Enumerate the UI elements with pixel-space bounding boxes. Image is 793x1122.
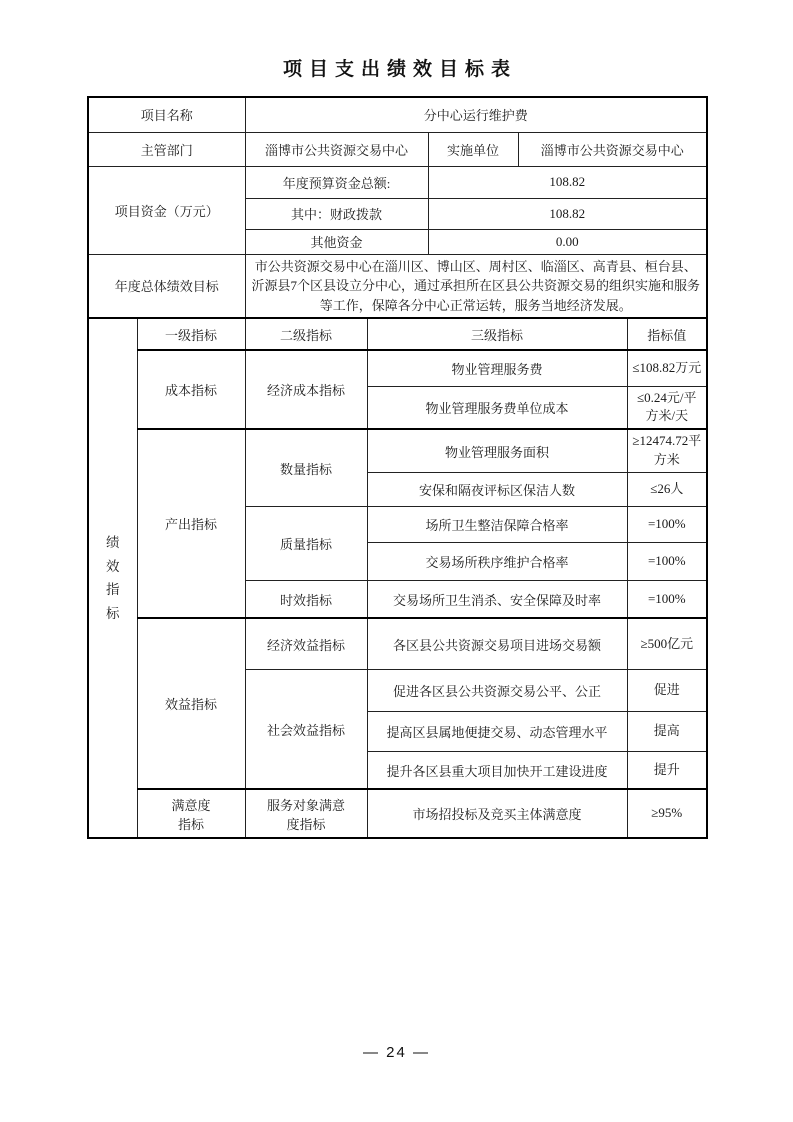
page-number: — 24 — [0, 1044, 793, 1061]
header-level2: 二级指标 [245, 318, 367, 350]
header-level3: 三级指标 [367, 318, 627, 350]
table-row: 项目名称 分中心运行维护费 [88, 97, 707, 132]
table-row: 年度总体绩效目标 市公共资源交易中心在淄川区、博山区、周村区、临淄区、高青县、桓… [88, 254, 707, 318]
funds-other-label: 其他资金 [245, 229, 428, 254]
project-name-value: 分中心运行维护费 [245, 97, 707, 132]
table-row: 满意度 指标 服务对象满意 度指标 市场招投标及竞买主体满意度 ≥95% [88, 789, 707, 838]
level2-economic-benefit-cell: 经济效益指标 [245, 618, 367, 669]
metric-value: =100% [627, 506, 707, 542]
department-value: 淄博市公共资源交易中心 [245, 132, 428, 166]
metric-value: =100% [627, 580, 707, 618]
metric-value: 提高 [627, 711, 707, 751]
metric-name: 物业管理服务费单位成本 [367, 386, 627, 429]
funds-fiscal-label: 其中：财政拨款 [245, 198, 428, 229]
funds-other-value: 0.00 [428, 229, 707, 254]
side-label-text: 绩效指标 [105, 531, 121, 626]
header-level1: 一级指标 [137, 318, 245, 350]
metric-name: 提升各区县重大项目加快开工建设进度 [367, 751, 627, 789]
annual-goal-label: 年度总体绩效目标 [88, 254, 245, 318]
metric-name: 安保和隔夜评标区保洁人数 [367, 472, 627, 506]
metric-value: ≤108.82万元 [627, 350, 707, 386]
level2-quantity-cell: 数量指标 [245, 429, 367, 506]
metric-value: =100% [627, 542, 707, 580]
metric-value: 提升 [627, 751, 707, 789]
metric-name: 市场招投标及竞买主体满意度 [367, 789, 627, 838]
level2-social-benefit-cell: 社会效益指标 [245, 669, 367, 789]
table-row: 项目资金（万元） 年度预算资金总额: 108.82 [88, 166, 707, 198]
table-row: 成本指标 经济成本指标 物业管理服务费 ≤108.82万元 [88, 350, 707, 386]
table-row: 产出指标 数量指标 物业管理服务面积 ≥12474.72平 方米 [88, 429, 707, 472]
funds-total-value: 108.82 [428, 166, 707, 198]
metric-value: ≤0.24元/平 方米/天 [627, 386, 707, 429]
metric-value: ≥12474.72平 方米 [627, 429, 707, 472]
metric-name: 交易场所秩序维护合格率 [367, 542, 627, 580]
level2-service-satisfaction-cell: 服务对象满意 度指标 [245, 789, 367, 838]
metric-value: ≥95% [627, 789, 707, 838]
header-value: 指标值 [627, 318, 707, 350]
metric-value: ≤26人 [627, 472, 707, 506]
funds-label: 项目资金（万元） [88, 166, 245, 254]
level2-quality-cell: 质量指标 [245, 506, 367, 580]
side-label-performance-indicators: 绩效指标 [88, 318, 137, 838]
funds-total-label: 年度预算资金总额: [245, 166, 428, 198]
metric-name: 促进各区县公共资源交易公平、公正 [367, 669, 627, 711]
implement-unit-value: 淄博市公共资源交易中心 [518, 132, 707, 166]
page-title: 项目支出绩效目标表 [0, 54, 793, 81]
metric-name: 物业管理服务费 [367, 350, 627, 386]
level1-satisfaction-cell: 满意度 指标 [137, 789, 245, 838]
level2-timeliness-cell: 时效指标 [245, 580, 367, 618]
metric-name: 各区县公共资源交易项目进场交易额 [367, 618, 627, 669]
level2-economic-cost-cell: 经济成本指标 [245, 350, 367, 429]
metric-name: 提高区县属地便捷交易、动态管理水平 [367, 711, 627, 751]
metric-name: 交易场所卫生消杀、安全保障及时率 [367, 580, 627, 618]
implement-unit-label: 实施单位 [428, 132, 518, 166]
project-name-label: 项目名称 [88, 97, 245, 132]
metric-value: ≥500亿元 [627, 618, 707, 669]
annual-goal-text: 市公共资源交易中心在淄川区、博山区、周村区、临淄区、高青县、桓台县、沂源县7个区… [245, 254, 707, 318]
level1-benefit-cell: 效益指标 [137, 618, 245, 789]
department-label: 主管部门 [88, 132, 245, 166]
level1-output-cell: 产出指标 [137, 429, 245, 618]
document-page: 项目支出绩效目标表 项目名称 分中心运行维护费 主管部门 淄博市公共资源交易中心… [0, 0, 793, 1122]
metric-value: 促进 [627, 669, 707, 711]
table-row: 主管部门 淄博市公共资源交易中心 实施单位 淄博市公共资源交易中心 [88, 132, 707, 166]
metric-name: 场所卫生整洁保障合格率 [367, 506, 627, 542]
table-header-row: 绩效指标 一级指标 二级指标 三级指标 指标值 [88, 318, 707, 350]
metric-name: 物业管理服务面积 [367, 429, 627, 472]
level1-cost-cell: 成本指标 [137, 350, 245, 429]
performance-target-table: 项目名称 分中心运行维护费 主管部门 淄博市公共资源交易中心 实施单位 淄博市公… [87, 96, 708, 839]
table-row: 效益指标 经济效益指标 各区县公共资源交易项目进场交易额 ≥500亿元 [88, 618, 707, 669]
funds-fiscal-value: 108.82 [428, 198, 707, 229]
